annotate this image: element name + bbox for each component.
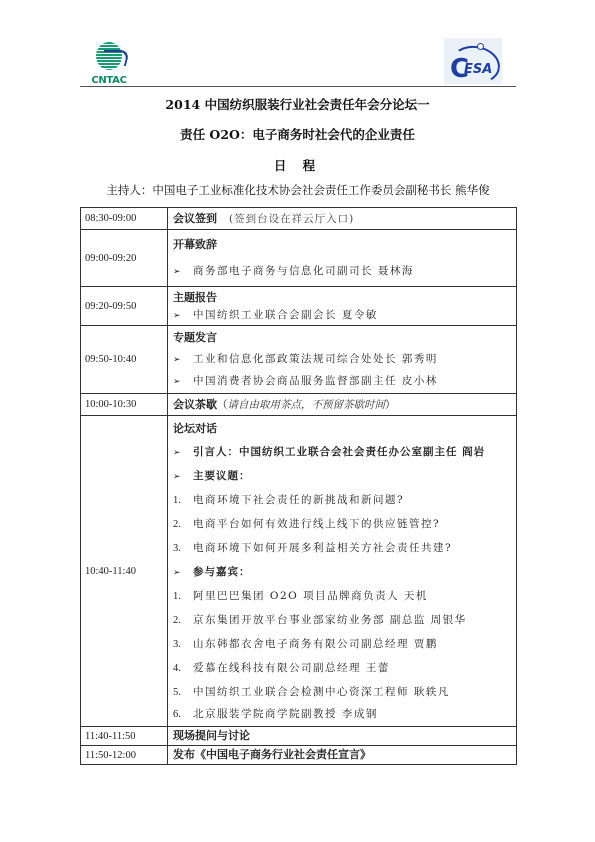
note-open-paren: （	[217, 399, 228, 411]
cntac-logo: CNTAC	[88, 40, 130, 86]
cesa-logo: C ESA	[444, 38, 502, 84]
schedule-row: 09:00-09:20 开幕致辞 ➢商务部电子商务与信息化司副司长 聂林海	[81, 230, 517, 287]
time-cell: 09:20-09:50	[81, 287, 168, 326]
time-cell: 11:50-12:00	[81, 746, 168, 765]
topic-item: 电商平台如何有效进行线上线下的供应链管控?	[193, 518, 440, 530]
bullet-arrow-icon: ➢	[173, 561, 193, 585]
time-cell: 11:40-11:50	[81, 727, 168, 746]
document-subtitle: 责任 O2O：电子商务时社会代的企业责任	[0, 125, 595, 143]
bullet-arrow-icon: ➢	[173, 441, 193, 465]
time-cell: 09:00-09:20	[81, 230, 168, 287]
guest-item: 爱慕在线科技有限公司副总经理 王蕾	[193, 662, 390, 674]
schedule-row: 09:50-10:40 专题发言 ➢工业和信息化部政策法规司综合处处长 郭秀明 …	[81, 326, 517, 394]
session-heading: 会议茶歇	[173, 398, 217, 411]
guest-item: 阿里巴巴集团 O2O 项目品牌商负责人 天机	[193, 590, 428, 602]
session-heading: 发布《中国电子商务行业社会责任宣言》	[173, 748, 371, 761]
schedule-table: 08:30-09:00 会议签到(签到台设在祥云厅入口) 09:00-09:20…	[80, 207, 517, 765]
session-heading: 论坛对话	[173, 422, 217, 435]
cntac-swoosh-icon	[100, 50, 130, 66]
session-note: 请自由取用茶点，不预留茶歇时间	[228, 399, 386, 411]
content-cell: 开幕致辞 ➢商务部电子商务与信息化司副司长 聂林海	[168, 230, 517, 287]
session-heading: 专题发言	[173, 331, 217, 344]
content-cell: 会议茶歇（请自由取用茶点，不预留茶歇时间）	[168, 394, 517, 416]
cesa-logo-label: ESA	[464, 62, 492, 77]
schedule-row: 11:50-12:00 发布《中国电子商务行业社会责任宣言》	[81, 746, 517, 765]
bullet-arrow-icon: ➢	[173, 307, 193, 325]
list-number: 2.	[173, 609, 193, 633]
schedule-row: 10:40-11:40 论坛对话 ➢引言人：中国纺织工业联合会社会责任办公室副主…	[81, 416, 517, 727]
topic-item: 电商环境下社会责任的新挑战和新问题?	[193, 494, 404, 506]
time-cell: 10:00-10:30	[81, 394, 168, 416]
session-heading: 会议签到	[173, 212, 217, 225]
session-heading: 现场提问与讨论	[173, 729, 250, 742]
cntac-logo-label: CNTAC	[88, 75, 130, 86]
topics-label: 主要议题：	[193, 470, 251, 482]
content-cell: 专题发言 ➢工业和信息化部政策法规司综合处处长 郭秀明 ➢中国消费者协会商品服务…	[168, 326, 517, 394]
speaker-item: 工业和信息化部政策法规司综合处处长 郭秀明	[193, 353, 438, 365]
schedule-row: 10:00-10:30 会议茶歇（请自由取用茶点，不预留茶歇时间）	[81, 394, 517, 416]
session-heading: 主题报告	[173, 291, 217, 304]
schedule-heading: 日 程	[0, 156, 595, 174]
note-close-paren: ）	[385, 399, 396, 411]
bullet-arrow-icon: ➢	[173, 259, 193, 285]
schedule-row: 08:30-09:00 会议签到(签到台设在祥云厅入口)	[81, 208, 517, 230]
cesa-dot-icon	[477, 43, 484, 50]
list-number: 2.	[173, 513, 193, 537]
schedule-row: 09:20-09:50 主题报告 ➢中国纺织工业联合会副会长 夏令敏	[81, 287, 517, 326]
time-cell: 09:50-10:40	[81, 326, 168, 394]
header-divider	[80, 86, 516, 87]
bullet-arrow-icon: ➢	[173, 465, 193, 489]
content-cell: 会议签到(签到台设在祥云厅入口)	[168, 208, 517, 230]
document-header: CNTAC C ESA	[80, 38, 516, 88]
session-note: (签到台设在祥云厅入口)	[229, 213, 354, 225]
document-title: 2014 中国纺织服装行业社会责任年会分论坛一	[0, 95, 595, 113]
list-number: 1.	[173, 489, 193, 513]
content-cell: 现场提问与讨论	[168, 727, 517, 746]
guest-item: 北京服装学院商学院副教授 李成钢	[193, 708, 378, 720]
list-number: 3.	[173, 633, 193, 657]
content-cell: 主题报告 ➢中国纺织工业联合会副会长 夏令敏	[168, 287, 517, 326]
time-cell: 08:30-09:00	[81, 208, 168, 230]
speaker-item: 中国消费者协会商品服务监督部副主任 皮小林	[193, 375, 438, 387]
session-heading: 开幕致辞	[173, 238, 217, 251]
content-cell: 论坛对话 ➢引言人：中国纺织工业联合会社会责任办公室副主任 阎岩 ➢主要议题： …	[168, 416, 517, 727]
guest-item: 中国纺织工业联合会检测中心资深工程师 耿轶凡	[193, 686, 450, 698]
guest-item: 山东韩都衣舍电子商务有限公司副总经理 贾鹏	[193, 638, 438, 650]
guest-item: 京东集团开放平台事业部家纺业务部 副总监 周银华	[193, 614, 467, 626]
list-number: 4.	[173, 657, 193, 681]
speaker-item: 中国纺织工业联合会副会长 夏令敏	[193, 309, 378, 321]
list-number: 5.	[173, 681, 193, 705]
content-cell: 发布《中国电子商务行业社会责任宣言》	[168, 746, 517, 765]
list-number: 1.	[173, 585, 193, 609]
topic-item: 电商环境下如何开展多利益相关方社会责任共建?	[193, 542, 452, 554]
moderator-item: 引言人：中国纺织工业联合会社会责任办公室副主任 阎岩	[193, 446, 485, 458]
time-cell: 10:40-11:40	[81, 416, 168, 727]
guests-label: 参与嘉宾：	[193, 566, 251, 578]
list-number: 6.	[173, 705, 193, 725]
speaker-item: 商务部电子商务与信息化司副司长 聂林海	[193, 265, 414, 277]
bullet-arrow-icon: ➢	[173, 372, 193, 392]
list-number: 3.	[173, 537, 193, 561]
bullet-arrow-icon: ➢	[173, 349, 193, 372]
host-line: 主持人：中国电子工业标准化技术协会社会责任工作委员会副秘书长 熊华俊	[80, 182, 516, 198]
schedule-row: 11:40-11:50 现场提问与讨论	[81, 727, 517, 746]
